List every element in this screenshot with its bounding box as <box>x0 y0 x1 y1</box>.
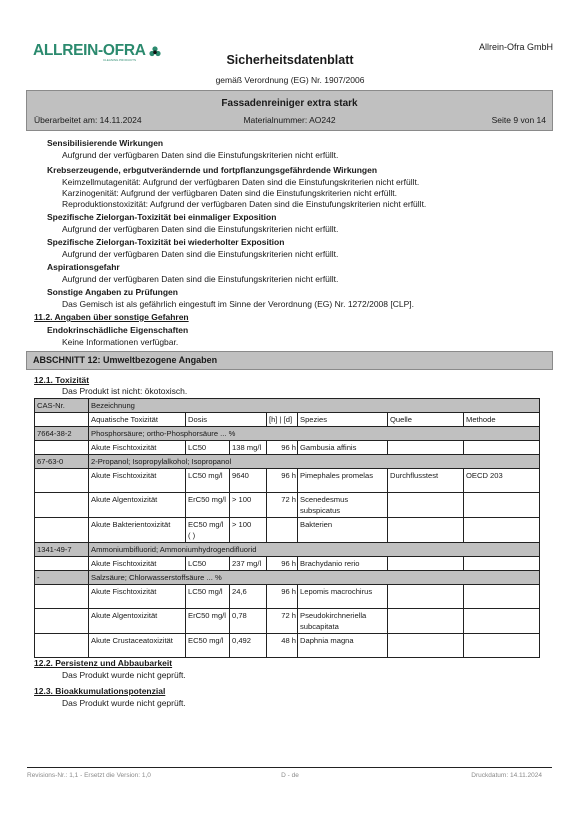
company-name: Allrein-Ofra GmbH <box>479 42 553 52</box>
cas-number: 67-63-0 <box>35 455 89 469</box>
product-header-box: Fassadenreiniger extra stark Überarbeite… <box>26 90 553 131</box>
source <box>388 609 464 634</box>
table-row: Akute FischtoxizitätLC50138 mg/l96 hGamb… <box>35 441 540 455</box>
exposure-time <box>267 518 298 543</box>
dose-value: > 100 <box>230 518 267 543</box>
footer-print-date: Druckdatum: 14.11.2024 <box>471 772 542 779</box>
method <box>464 518 540 543</box>
table-row: Akute AlgentoxizitätErC50 mg/l0,7872 hPs… <box>35 609 540 634</box>
dose-type: LC50 <box>186 557 230 571</box>
table-row: Akute CrustaceatoxizitätEC50 mg/l0,49248… <box>35 634 540 658</box>
heading-endocrine: Endokrinschädliche Eigenschaften <box>47 325 188 335</box>
source <box>388 585 464 609</box>
subsection-11-2: 11.2. Angaben über sonstige Gefahren <box>34 312 189 322</box>
method <box>464 493 540 518</box>
dose-value: 237 mg/l <box>230 557 267 571</box>
text-other-tests: Das Gemisch ist als gefährlich eingestuf… <box>62 299 414 309</box>
empty-cell <box>35 557 89 571</box>
subsection-12-2: 12.2. Persistenz und Abbaubarkeit <box>34 658 172 668</box>
cas-number: - <box>35 571 89 585</box>
text-reproductive-toxicity: Reproduktionstoxizität: Aufgrund der ver… <box>62 199 426 209</box>
dose-value: 0,78 <box>230 609 267 634</box>
heading-sensitization: Sensibilisierende Wirkungen <box>47 138 163 148</box>
exposure-time: 72 h <box>267 609 298 634</box>
empty-cell <box>35 441 89 455</box>
text-stot-repeated: Aufgrund der verfügbaren Daten sind die … <box>62 249 338 259</box>
method <box>464 441 540 455</box>
source <box>388 441 464 455</box>
source: Durchflusstest <box>388 469 464 493</box>
dose-value: > 100 <box>230 493 267 518</box>
exposure-time: 96 h <box>267 557 298 571</box>
substance-row: 7664-38-2Phosphorsäure; ortho-Phosphorsä… <box>35 427 540 441</box>
dose-type: ErC50 mg/l <box>186 493 230 518</box>
section-12-title: ABSCHNITT 12: Umweltbezogene Angaben <box>33 355 217 365</box>
table-row: Akute BakterientoxizitätEC50 mg/l ( )> 1… <box>35 518 540 543</box>
species: Lepomis macrochirus <box>298 585 388 609</box>
exposure-time: 96 h <box>267 441 298 455</box>
substance-name: Phosphorsäure; ortho-Phosphorsäure ... % <box>89 427 540 441</box>
document-title: Sicherheitsdatenblatt <box>0 53 580 67</box>
heading-other-tests: Sonstige Angaben zu Prüfungen <box>47 287 178 297</box>
toxicity-type: Akute Fischtoxizität <box>89 557 186 571</box>
empty-cell <box>35 585 89 609</box>
method <box>464 634 540 658</box>
substance-name: 2-Propanol; Isopropylalkohol; Isopropano… <box>89 455 540 469</box>
method: OECD 203 <box>464 469 540 493</box>
heading-aspiration: Aspirationsgefahr <box>47 262 120 272</box>
toxicity-type: Akute Algentoxizität <box>89 493 186 518</box>
column-header-name: Bezeichnung <box>89 399 540 413</box>
column-header-dose: Dosis <box>186 413 267 427</box>
exposure-time: 96 h <box>267 585 298 609</box>
exposure-time: 48 h <box>267 634 298 658</box>
text-stot-single: Aufgrund der verfügbaren Daten sind die … <box>62 224 338 234</box>
dose-type: LC50 <box>186 441 230 455</box>
method <box>464 585 540 609</box>
empty-cell <box>35 634 89 658</box>
footer-divider <box>27 767 552 768</box>
column-header-source: Quelle <box>388 413 464 427</box>
table-subheader-row: Aquatische ToxizitätDosis[h] | [d]Spezie… <box>35 413 540 427</box>
toxicity-type: Akute Fischtoxizität <box>89 441 186 455</box>
source <box>388 634 464 658</box>
text-persistence: Das Produkt wurde nicht geprüft. <box>62 670 186 680</box>
exposure-time: 96 h <box>267 469 298 493</box>
method <box>464 557 540 571</box>
heading-stot-single: Spezifische Zielorgan-Toxizität bei einm… <box>47 212 276 222</box>
empty-cell <box>35 469 89 493</box>
substance-row: -Salzsäure; Chlorwasserstoffsäure ... % <box>35 571 540 585</box>
toxicity-type: Akute Crustaceatoxizität <box>89 634 186 658</box>
product-name: Fassadenreiniger extra stark <box>27 98 552 109</box>
exposure-time: 72 h <box>267 493 298 518</box>
subsection-12-1: 12.1. Toxizität <box>34 375 89 385</box>
dose-type: EC50 mg/l <box>186 634 230 658</box>
source <box>388 493 464 518</box>
empty-cell <box>35 413 89 427</box>
table-row: Akute FischtoxizitätLC50 mg/l964096 hPim… <box>35 469 540 493</box>
column-header-toxicity: Aquatische Toxizität <box>89 413 186 427</box>
heading-cmr: Krebserzeugende, erbgutverändernde und f… <box>47 165 377 175</box>
table-header-row: CAS-Nr.Bezeichnung <box>35 399 540 413</box>
cas-number: 1341-49-7 <box>35 543 89 557</box>
cas-number: 7664-38-2 <box>35 427 89 441</box>
substance-row: 1341-49-7Ammoniumbifluorid; Ammoniumhydr… <box>35 543 540 557</box>
text-toxicity: Das Produkt ist nicht: ökotoxisch. <box>62 386 187 396</box>
text-sensitization: Aufgrund der verfügbaren Daten sind die … <box>62 150 338 160</box>
species: Bakterien <box>298 518 388 543</box>
empty-cell <box>35 493 89 518</box>
document-subtitle: gemäß Verordnung (EG) Nr. 1907/2006 <box>0 75 580 85</box>
heading-stot-repeated: Spezifische Zielorgan-Toxizität bei wied… <box>47 237 284 247</box>
substance-name: Salzsäure; Chlorwasserstoffsäure ... % <box>89 571 540 585</box>
dose-value: 24,6 <box>230 585 267 609</box>
text-bioaccumulation: Das Produkt wurde nicht geprüft. <box>62 698 186 708</box>
material-number: Materialnummer: AO242 <box>27 115 552 125</box>
column-header-species: Spezies <box>298 413 388 427</box>
dose-type: LC50 mg/l <box>186 469 230 493</box>
substance-name: Ammoniumbifluorid; Ammoniumhydrogendiflu… <box>89 543 540 557</box>
page-number: Seite 9 von 14 <box>492 115 546 125</box>
text-aspiration: Aufgrund der verfügbaren Daten sind die … <box>62 274 338 284</box>
dose-value: 138 mg/l <box>230 441 267 455</box>
dose-value: 9640 <box>230 469 267 493</box>
dose-type: LC50 mg/l <box>186 585 230 609</box>
species: Brachydanio rerio <box>298 557 388 571</box>
method <box>464 609 540 634</box>
toxicity-type: Akute Algentoxizität <box>89 609 186 634</box>
dose-type: EC50 mg/l ( ) <box>186 518 230 543</box>
section-12-bar: ABSCHNITT 12: Umweltbezogene Angaben <box>26 351 553 370</box>
table-row: Akute FischtoxizitätLC50 mg/l24,696 hLep… <box>35 585 540 609</box>
source <box>388 518 464 543</box>
column-header-cas: CAS-Nr. <box>35 399 89 413</box>
table-row: Akute FischtoxizitätLC50237 mg/l96 hBrac… <box>35 557 540 571</box>
species: Scenedesmus subspicatus <box>298 493 388 518</box>
toxicity-type: Akute Fischtoxizität <box>89 469 186 493</box>
subsection-12-3: 12.3. Bioakkumulationspotenzial <box>34 686 165 696</box>
table-row: Akute AlgentoxizitätErC50 mg/l> 10072 hS… <box>35 493 540 518</box>
text-carcinogenicity: Karzinogenität: Aufgrund der verfügbaren… <box>62 188 397 198</box>
dose-value: 0,492 <box>230 634 267 658</box>
empty-cell <box>35 518 89 543</box>
toxicity-type: Akute Bakterientoxizität <box>89 518 186 543</box>
substance-row: 67-63-02-Propanol; Isopropylalkohol; Iso… <box>35 455 540 469</box>
text-endocrine: Keine Informationen verfügbar. <box>62 337 178 347</box>
dose-type: ErC50 mg/l <box>186 609 230 634</box>
species: Daphnia magna <box>298 634 388 658</box>
aquatic-toxicity-table: CAS-Nr.BezeichnungAquatische ToxizitätDo… <box>34 398 540 658</box>
column-header-time: [h] | [d] <box>267 413 298 427</box>
source <box>388 557 464 571</box>
species: Pseudokirchneriella subcapitata <box>298 609 388 634</box>
toxicity-type: Akute Fischtoxizität <box>89 585 186 609</box>
species: Gambusia affinis <box>298 441 388 455</box>
species: Pimephales promelas <box>298 469 388 493</box>
empty-cell <box>35 609 89 634</box>
text-mutagenicity: Keimzellmutagenität: Aufgrund der verfüg… <box>62 177 419 187</box>
column-header-method: Methode <box>464 413 540 427</box>
